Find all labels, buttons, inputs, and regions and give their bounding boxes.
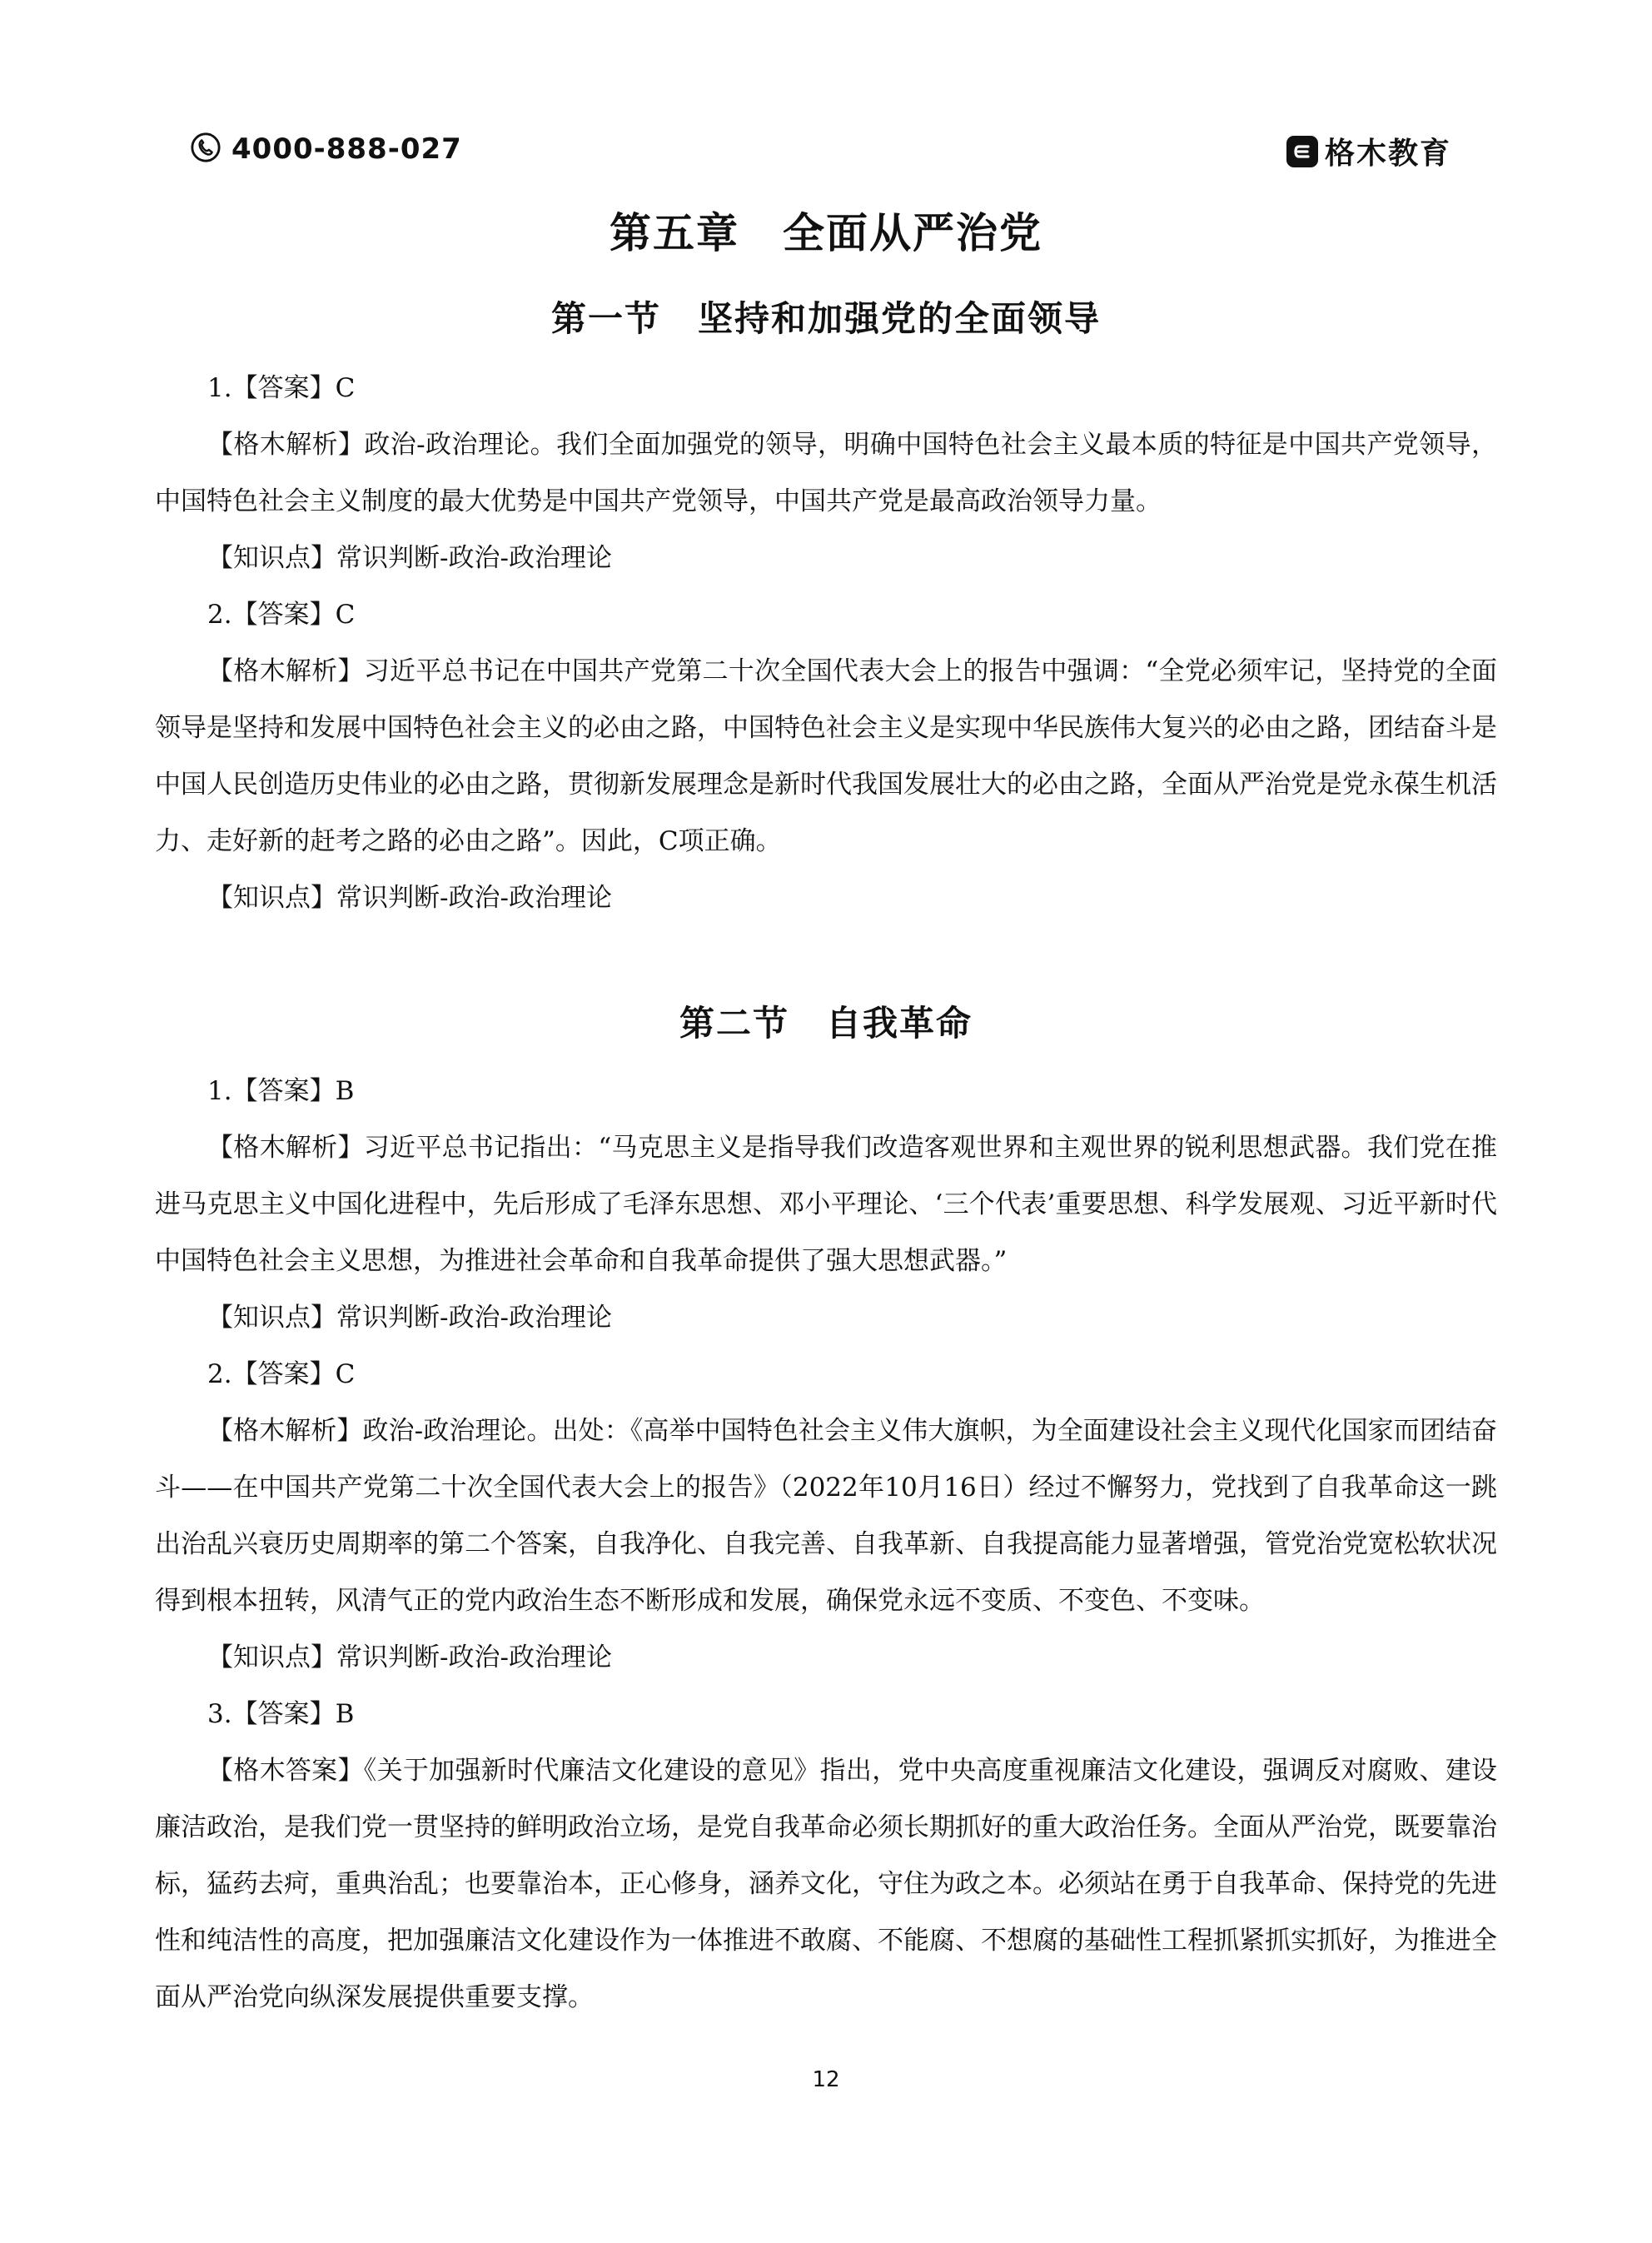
- answer-line: 1.【答案】B: [155, 1063, 1497, 1119]
- phone-circle-icon: [190, 132, 221, 167]
- brand: 格木教育: [1286, 130, 1451, 172]
- answer-line: 2.【答案】C: [155, 586, 1497, 643]
- page-header: 4000-888-027 格木教育: [0, 132, 1652, 173]
- section-1-content: 1.【答案】C 【格木解析】政治-政治理论。我们全面加强党的领导，明确中国特色社…: [155, 360, 1497, 926]
- answer-line: 2.【答案】C: [155, 1346, 1497, 1403]
- brand-name: 格木教育: [1325, 130, 1451, 172]
- section-title: 第一节 坚持和加强党的全面领导: [0, 292, 1652, 341]
- analysis-paragraph: 【格木解析】习近平总书记在中国共产党第二十次全国代表大会上的报告中强调：“全党必…: [155, 643, 1497, 870]
- analysis-paragraph: 【格木答案】《关于加强新时代廉洁文化建设的意见》指出，党中央高度重视廉洁文化建设…: [155, 1742, 1497, 2026]
- section-2-content: 1.【答案】B 【格木解析】习近平总书记指出：“马克思主义是指导我们改造客观世界…: [155, 1063, 1497, 2026]
- phone-number: 4000-888-027: [231, 132, 462, 166]
- knowledge-point: 【知识点】常识判断-政治-政治理论: [155, 1289, 1497, 1346]
- answer-line: 3.【答案】B: [155, 1686, 1497, 1742]
- chapter-title: 第五章 全面从严治党: [0, 200, 1652, 260]
- knowledge-point: 【知识点】常识判断-政治-政治理论: [155, 530, 1497, 586]
- section-title: 第二节 自我革命: [0, 996, 1652, 1046]
- analysis-paragraph: 【格木解析】政治-政治理论。我们全面加强党的领导，明确中国特色社会主义最本质的特…: [155, 416, 1497, 530]
- knowledge-point: 【知识点】常识判断-政治-政治理论: [155, 1629, 1497, 1686]
- knowledge-point: 【知识点】常识判断-政治-政治理论: [155, 870, 1497, 926]
- analysis-paragraph: 【格木解析】政治-政治理论。出处：《高举中国特色社会主义伟大旗帜，为全面建设社会…: [155, 1403, 1497, 1629]
- brand-e-logo-icon: [1286, 136, 1318, 167]
- analysis-paragraph: 【格木解析】习近平总书记指出：“马克思主义是指导我们改造客观世界和主观世界的锐利…: [155, 1119, 1497, 1289]
- answer-line: 1.【答案】C: [155, 360, 1497, 416]
- hotline: 4000-888-027: [190, 132, 462, 167]
- page-number: 12: [0, 2067, 1652, 2092]
